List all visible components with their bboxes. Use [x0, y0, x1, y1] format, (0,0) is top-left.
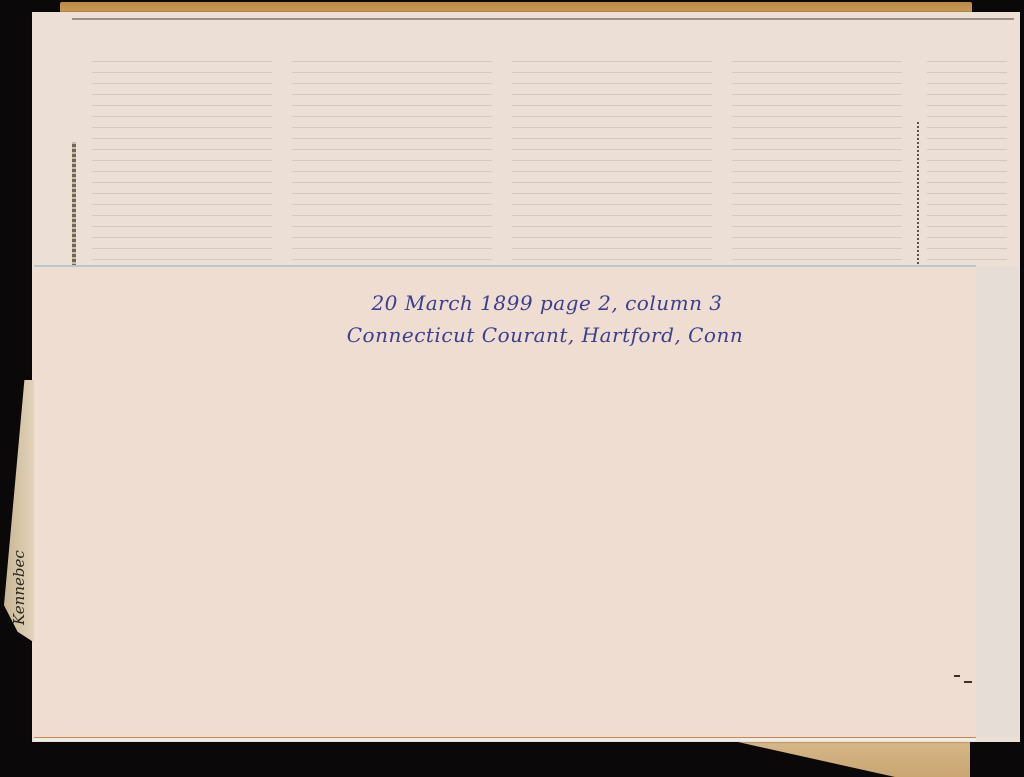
- faded-print-column: [732, 52, 902, 267]
- faded-print-column: [927, 52, 1007, 267]
- ink-speck: [954, 675, 960, 677]
- faded-print-column: [92, 52, 272, 267]
- note-card: 20 March 1899 page 2, column 3 Connectic…: [34, 265, 976, 737]
- handwritten-date-line: 20 March 1899 page 2, column 3: [76, 291, 1018, 315]
- column-rule: [917, 122, 919, 272]
- manila-folder-corner: [720, 738, 970, 777]
- column-rule: [72, 142, 76, 267]
- handwritten-source-line: Connecticut Courant, Hartford, Conn: [74, 323, 1016, 347]
- ink-speck: [964, 681, 972, 683]
- faded-print-column: [512, 52, 712, 267]
- faded-print-column: [292, 52, 492, 267]
- kennebec-handwriting: Kennebec: [10, 550, 28, 625]
